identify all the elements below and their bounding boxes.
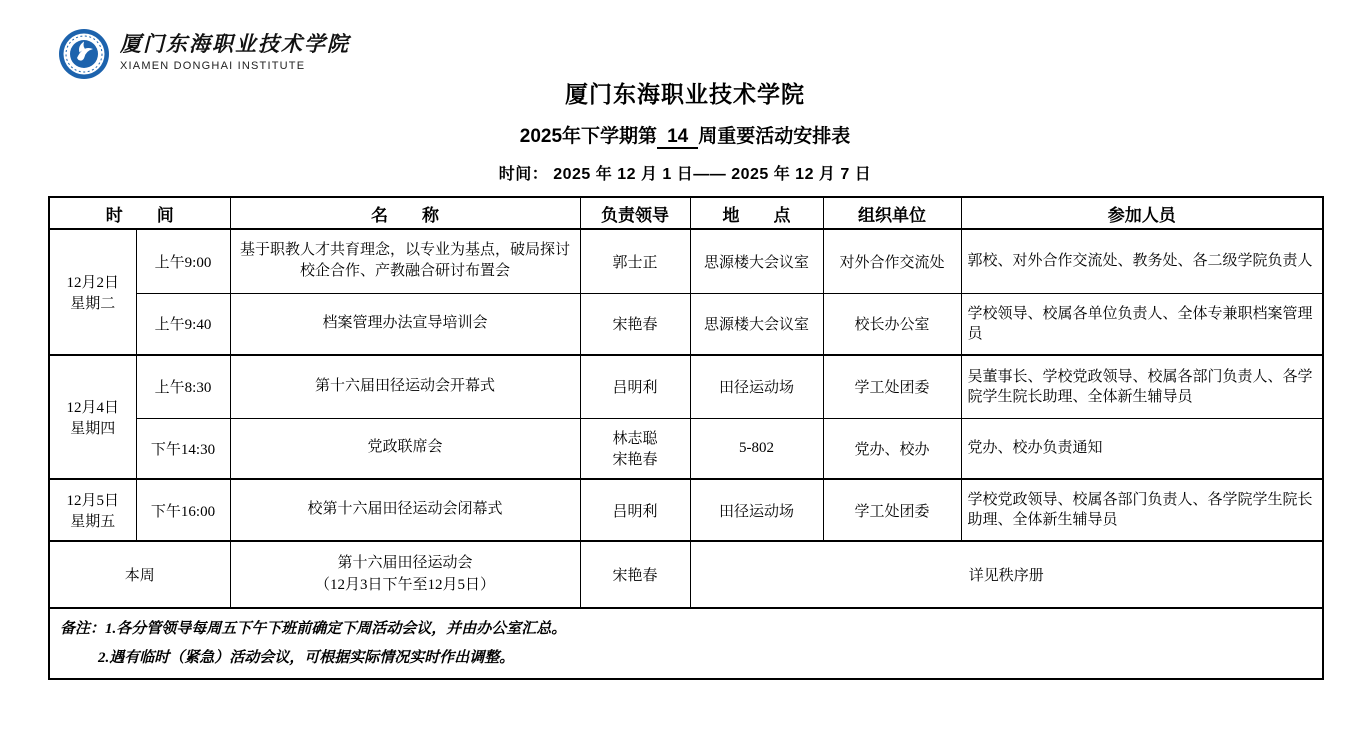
table-row: 12月5日 星期五 下午16:00 校第十六届田径运动会闭幕式 吕明利 田径运动… <box>49 479 1323 541</box>
time-cell: 上午8:30 <box>136 355 230 418</box>
date-cell: 12月2日 星期二 <box>49 229 136 355</box>
table-header-row: 时 间 名 称 负责领导 地 点 组织单位 参加人员 <box>49 197 1323 229</box>
leader-cell: 宋艳春 <box>580 541 690 608</box>
event-name-cell: 党政联席会 <box>230 418 580 479</box>
place-cell: 思源楼大会议室 <box>690 293 823 355</box>
week-summary-row: 本周 第十六届田径运动会 （12月3日下午至12月5日） 宋艳春 详见秩序册 <box>49 541 1323 608</box>
participants-cell: 吴董事长、学校党政领导、校属各部门负责人、各学院学生院长助理、全体新生辅导员 <box>961 355 1323 418</box>
place-cell: 田径运动场 <box>690 355 823 418</box>
table-row: 下午14:30 党政联席会 林志聪 宋艳春 5-802 党办、校办 党办、校办负… <box>49 418 1323 479</box>
page-title: 厦门东海职业技术学院 <box>0 76 1370 109</box>
subtitle-suffix: 周重要活动安排表 <box>698 126 850 147</box>
participants-cell: 党办、校办负责通知 <box>961 418 1323 479</box>
event-name-cell: 校第十六届田径运动会闭幕式 <box>230 479 580 541</box>
table-row: 12月2日 星期二 上午9:00 基于职教人才共育理念，以专业为基点，破局探讨校… <box>49 229 1323 293</box>
time-cell: 上午9:00 <box>136 229 230 293</box>
time-cell: 上午9:40 <box>136 293 230 355</box>
org-cell: 党办、校办 <box>823 418 961 479</box>
subtitle-prefix: 2025年下学期第 <box>520 126 657 147</box>
col-header-name: 名 称 <box>230 197 580 229</box>
schedule-table: 时 间 名 称 负责领导 地 点 组织单位 参加人员 12月2日 星期二 上午9… <box>48 196 1324 680</box>
week-number: 14 <box>657 126 698 149</box>
org-cell: 学工处团委 <box>823 355 961 418</box>
table-row: 上午9:40 档案管理办法宣导培训会 宋艳春 思源楼大会议室 校长办公室 学校领… <box>49 293 1323 355</box>
event-name-cell: 基于职教人才共育理念，以专业为基点，破局探讨校企合作、产教融合研讨布置会 <box>230 229 580 293</box>
week-label-cell: 本周 <box>49 541 230 608</box>
event-name-cell: 第十六届田径运动会 （12月3日下午至12月5日） <box>230 541 580 608</box>
date-cell: 12月4日 星期四 <box>49 355 136 479</box>
org-cell: 对外合作交流处 <box>823 229 961 293</box>
school-logo: 厦门东海职业技术学院 XIAMEN DONGHAI INSTITUTE <box>58 28 350 80</box>
time-cell: 下午16:00 <box>136 479 230 541</box>
leader-cell: 吕明利 <box>580 479 690 541</box>
participants-cell: 学校党政领导、校属各部门负责人、各学院学生院长助理、全体新生辅导员 <box>961 479 1323 541</box>
leader-cell: 林志聪 宋艳春 <box>580 418 690 479</box>
date-cell: 12月5日 星期五 <box>49 479 136 541</box>
notes-cell: 备注：1.各分管领导每周五下午下班前确定下周活动会议，并由办公室汇总。 2.遇有… <box>49 608 1323 679</box>
place-cell: 田径运动场 <box>690 479 823 541</box>
leader-cell: 宋艳春 <box>580 293 690 355</box>
notes-row: 备注：1.各分管领导每周五下午下班前确定下周活动会议，并由办公室汇总。 2.遇有… <box>49 608 1323 679</box>
school-name-en: XIAMEN DONGHAI INSTITUTE <box>120 60 350 72</box>
note-line-2: 2.遇有临时（紧急）活动会议，可根据实际情况实时作出调整。 <box>60 644 1312 673</box>
col-header-org: 组织单位 <box>823 197 961 229</box>
leader-cell: 郭士正 <box>580 229 690 293</box>
col-header-leader: 负责领导 <box>580 197 690 229</box>
org-cell: 校长办公室 <box>823 293 961 355</box>
participants-cell: 学校领导、校属各单位负责人、全体专兼职档案管理员 <box>961 293 1323 355</box>
school-emblem-icon <box>58 28 110 80</box>
note-line-1: 备注：1.各分管领导每周五下午下班前确定下周活动会议，并由办公室汇总。 <box>60 615 1312 644</box>
place-cell: 5-802 <box>690 418 823 479</box>
event-name-cell: 第十六届田径运动会开幕式 <box>230 355 580 418</box>
school-name-cn: 厦门东海职业技术学院 <box>120 32 350 57</box>
participants-cell: 郭校、对外合作交流处、教务处、各二级学院负责人 <box>961 229 1323 293</box>
school-logo-text: 厦门东海职业技术学院 XIAMEN DONGHAI INSTITUTE <box>120 28 350 72</box>
date-range: 时间： 2025 年 12 月 1 日—— 2025 年 12 月 7 日 <box>0 161 1370 184</box>
col-header-participants: 参加人员 <box>961 197 1323 229</box>
leader-cell: 吕明利 <box>580 355 690 418</box>
table-row: 12月4日 星期四 上午8:30 第十六届田径运动会开幕式 吕明利 田径运动场 … <box>49 355 1323 418</box>
place-cell: 思源楼大会议室 <box>690 229 823 293</box>
col-header-time: 时 间 <box>49 197 230 229</box>
col-header-place: 地 点 <box>690 197 823 229</box>
org-cell: 学工处团委 <box>823 479 961 541</box>
schedule-table-wrap: 时 间 名 称 负责领导 地 点 组织单位 参加人员 12月2日 星期二 上午9… <box>48 196 1324 680</box>
page-subtitle: 2025年下学期第14周重要活动安排表 <box>0 121 1370 148</box>
time-cell: 下午14:30 <box>136 418 230 479</box>
week-detail-cell: 详见秩序册 <box>690 541 1323 608</box>
document-page: 厦门东海职业技术学院 XIAMEN DONGHAI INSTITUTE 厦门东海… <box>0 0 1370 742</box>
event-name-cell: 档案管理办法宣导培训会 <box>230 293 580 355</box>
